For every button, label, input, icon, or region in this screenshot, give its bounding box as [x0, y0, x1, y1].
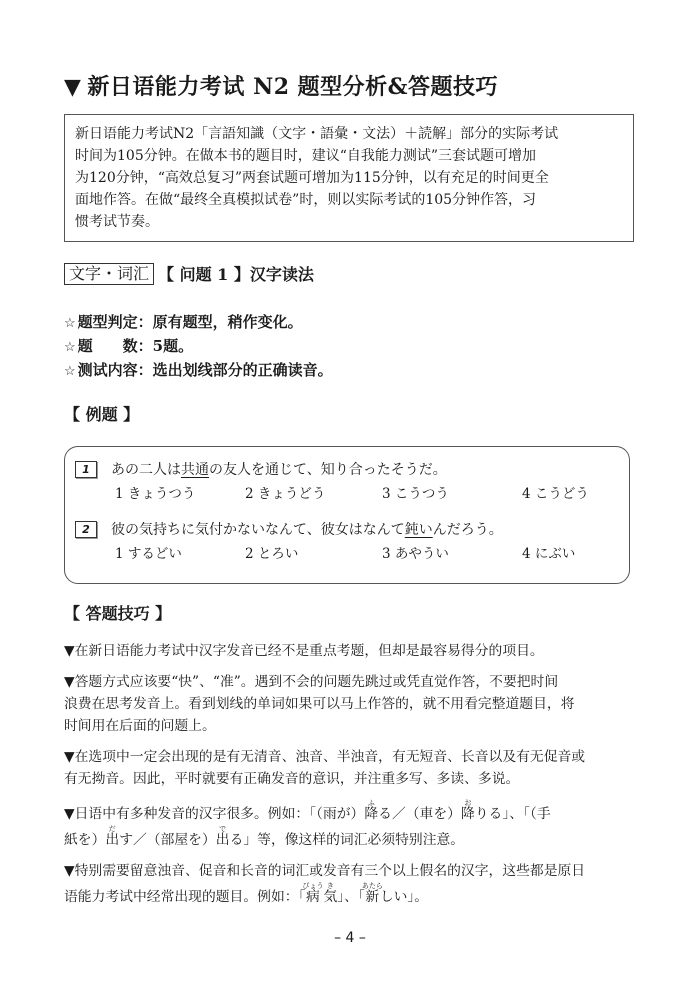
question-text-post: んだろう。	[433, 522, 503, 538]
furigana-word: 出だ	[105, 832, 119, 848]
section-header: 文字・词汇 【 问题 1 】汉字读法	[64, 262, 314, 285]
furigana: あたら	[362, 882, 383, 890]
tip-line: 在选项中一定会出现的是有无清音、浊音、半浊音，有无短音、长音以及有无促音或	[75, 749, 585, 765]
question-meta-list: ☆题型判定：原有题型，稍作变化。 ☆题 数：5题。 ☆测试内容：选出划线部分的正…	[64, 311, 333, 383]
tip-text: る／（車を）	[378, 806, 461, 822]
question-text-post: の友人を通じて、知り合ったそうだ。	[209, 462, 447, 478]
meta-item: ☆题 数：5题。	[64, 335, 333, 359]
meta-value: 选出划线部分的正确读音。	[153, 361, 333, 379]
intro-line: 时间为105分钟。在做本书的题目时，建议“自我能力测试”三套试题可增加	[75, 145, 623, 167]
triangle-marker-icon: ▼	[64, 643, 75, 659]
furigana: お	[461, 799, 475, 807]
kanji: 出	[105, 832, 119, 848]
page-number: – 4 –	[0, 930, 700, 946]
tip-line: 在新日语能力考试中汉字发音已经不是重点考题，但却是最容易得分的项目。	[75, 643, 544, 659]
answer-option: 3 こうつう	[382, 482, 522, 502]
furigana: ふ	[364, 799, 378, 807]
tip-text: す／（部屋を）	[119, 832, 216, 848]
tip-text: 特别需要留意浊音、促音和长音的词汇或发音有三个以上假名的汉字，这些都是原日	[75, 863, 585, 879]
example-heading: 【 例题 】	[64, 402, 139, 425]
tip-line: 答题方式应该要“快”、“准”。遇到不会的问题先跳过或凭直觉作答，不要把时间	[75, 674, 559, 690]
kanji: 出	[216, 832, 230, 848]
tip-line: 浪费在思考发音上。看到划线的单词如果可以马上作答的，就不用看完整道题目，将	[78, 693, 636, 715]
tip-text: る」等，像这样的词汇必须特别注意。	[230, 832, 465, 848]
question-text-pre: あの二人は	[111, 462, 181, 478]
tip-item: ▼答题方式应该要“快”、“准”。遇到不会的问题先跳过或凭直觉作答，不要把时间 浪…	[64, 671, 636, 737]
tip-item: ▼在新日语能力考试中汉字发音已经不是重点考题，但却是最容易得分的项目。	[64, 640, 636, 662]
furigana-word: 降お	[461, 806, 475, 822]
question-number: 2	[75, 521, 97, 538]
meta-value: 5题。	[153, 337, 193, 355]
star-icon: ☆	[64, 316, 76, 331]
answer-option: 4 にぶい	[522, 542, 575, 562]
triangle-marker-icon: ▼	[64, 749, 75, 765]
furigana-word: 降ふ	[364, 806, 378, 822]
tip-text: 日语中有多种发音的汉字很多。例如：「（雨が）	[75, 806, 365, 822]
kanji: 気	[323, 889, 337, 905]
underlined-word: 共通	[181, 462, 209, 478]
answer-option: 1 するどい	[115, 542, 245, 562]
tips-heading: 【 答题技巧 】	[64, 601, 171, 624]
triangle-marker-icon: ▼	[64, 806, 75, 822]
question-text: あの二人は共通の友人を通じて、知り合ったそうだ。	[111, 462, 447, 478]
intro-box: 新日语能力考试N2「言語知識（文字・語彙・文法）＋読解」部分的实际考试 时间为1…	[64, 114, 634, 242]
answer-option: 2 きょうどう	[245, 482, 382, 502]
meta-item: ☆题型判定：原有题型，稍作变化。	[64, 311, 333, 335]
page-title-text: 新日语能力考试 N2 题型分析&答题技巧	[87, 74, 498, 100]
intro-line: 为120分钟，“高效总复习”两套试题可增加为115分钟，以有充足的时间更全	[75, 167, 623, 189]
answer-option: 4 こうどう	[522, 482, 589, 502]
furigana: で	[216, 825, 230, 833]
meta-label: 测试内容：	[78, 361, 153, 379]
example-box: 1あの二人は共通の友人を通じて、知り合ったそうだ。 1 きょうつう 2 きょうど…	[64, 446, 630, 584]
kanji: 降	[364, 806, 378, 822]
furigana: びょう	[302, 882, 323, 890]
meta-label: 题型判定：	[78, 313, 153, 331]
question-text-pre: 彼の気持ちに気付かないなんて、彼女はなんて	[111, 522, 405, 538]
tip-item: ▼特别需要留意浊音、促音和长音的词汇或发音有三个以上假名的汉字，这些都是原日 语…	[64, 860, 636, 908]
meta-value: 原有题型，稍作变化。	[153, 313, 303, 331]
section-title: 【 问题 1 】汉字读法	[158, 262, 314, 285]
question-number: 1	[75, 461, 97, 478]
furigana: だ	[105, 825, 119, 833]
example-question: 2彼の気持ちに気付かないなんて、彼女はなんて鈍いんだろう。 1 するどい 2 と…	[75, 519, 575, 562]
triangle-marker-icon: ▼	[64, 863, 75, 879]
example-question: 1あの二人は共通の友人を通じて、知り合ったそうだ。 1 きょうつう 2 きょうど…	[75, 459, 589, 502]
triangle-marker-icon: ▼	[64, 74, 81, 100]
answer-options: 1 するどい 2 とろい 3 あやうい 4 にぶい	[115, 542, 575, 562]
answer-option: 1 きょうつう	[115, 482, 245, 502]
furigana-word: 気き	[323, 889, 337, 905]
furigana-word: 新あたら	[365, 889, 380, 905]
furigana-word: 病びょう	[305, 889, 323, 905]
tip-text: しい」。	[380, 889, 428, 905]
section-tag: 文字・词汇	[64, 263, 154, 285]
underlined-word: 鈍い	[405, 522, 433, 538]
kanji: 降	[461, 806, 475, 822]
tip-text: 」、「	[337, 889, 365, 905]
tip-text: 语能力考试中经常出现的题目。例如：「	[64, 889, 305, 905]
intro-line: 新日语能力考试N2「言語知識（文字・語彙・文法）＋読解」部分的实际考试	[75, 123, 623, 145]
intro-line: 惯考试节奏。	[75, 211, 623, 233]
star-icon: ☆	[64, 340, 76, 355]
furigana-word: 出で	[216, 832, 230, 848]
answer-options: 1 きょうつう 2 きょうどう 3 こうつう 4 こうどう	[115, 482, 589, 502]
furigana: き	[323, 882, 337, 890]
tip-line: 有无拗音。因此，平时就要有正确发音的意识，并注重多写、多读、多说。	[78, 768, 636, 790]
tip-item: ▼日语中有多种发音的汉字很多。例如：「（雨が）降ふる／（車を）降おりる」、「（手…	[64, 799, 636, 851]
tips-list: ▼在新日语能力考试中汉字发音已经不是重点考题，但却是最容易得分的项目。 ▼答题方…	[64, 640, 636, 917]
meta-label: 题 数：	[78, 337, 153, 355]
kanji: 病	[302, 889, 323, 905]
answer-option: 2 とろい	[245, 542, 382, 562]
tip-text: 紙を）	[64, 832, 105, 848]
star-icon: ☆	[64, 364, 76, 379]
page-title: ▼新日语能力考试 N2 题型分析&答题技巧	[64, 70, 498, 101]
intro-line: 面地作答。在做“最终全真模拟试卷”时，则以实际考试的105分钟作答，习	[75, 189, 623, 211]
triangle-marker-icon: ▼	[64, 674, 75, 690]
question-text: 彼の気持ちに気付かないなんて、彼女はなんて鈍いんだろう。	[111, 522, 503, 538]
tip-text: りる」、「（手	[475, 806, 551, 822]
tip-item: ▼在选项中一定会出现的是有无清音、浊音、半浊音，有无短音、长音以及有无促音或 有…	[64, 746, 636, 790]
meta-item: ☆测试内容：选出划线部分的正确读音。	[64, 359, 333, 383]
answer-option: 3 あやうい	[382, 542, 522, 562]
tip-line: 时间用在后面的问题上。	[78, 715, 636, 737]
